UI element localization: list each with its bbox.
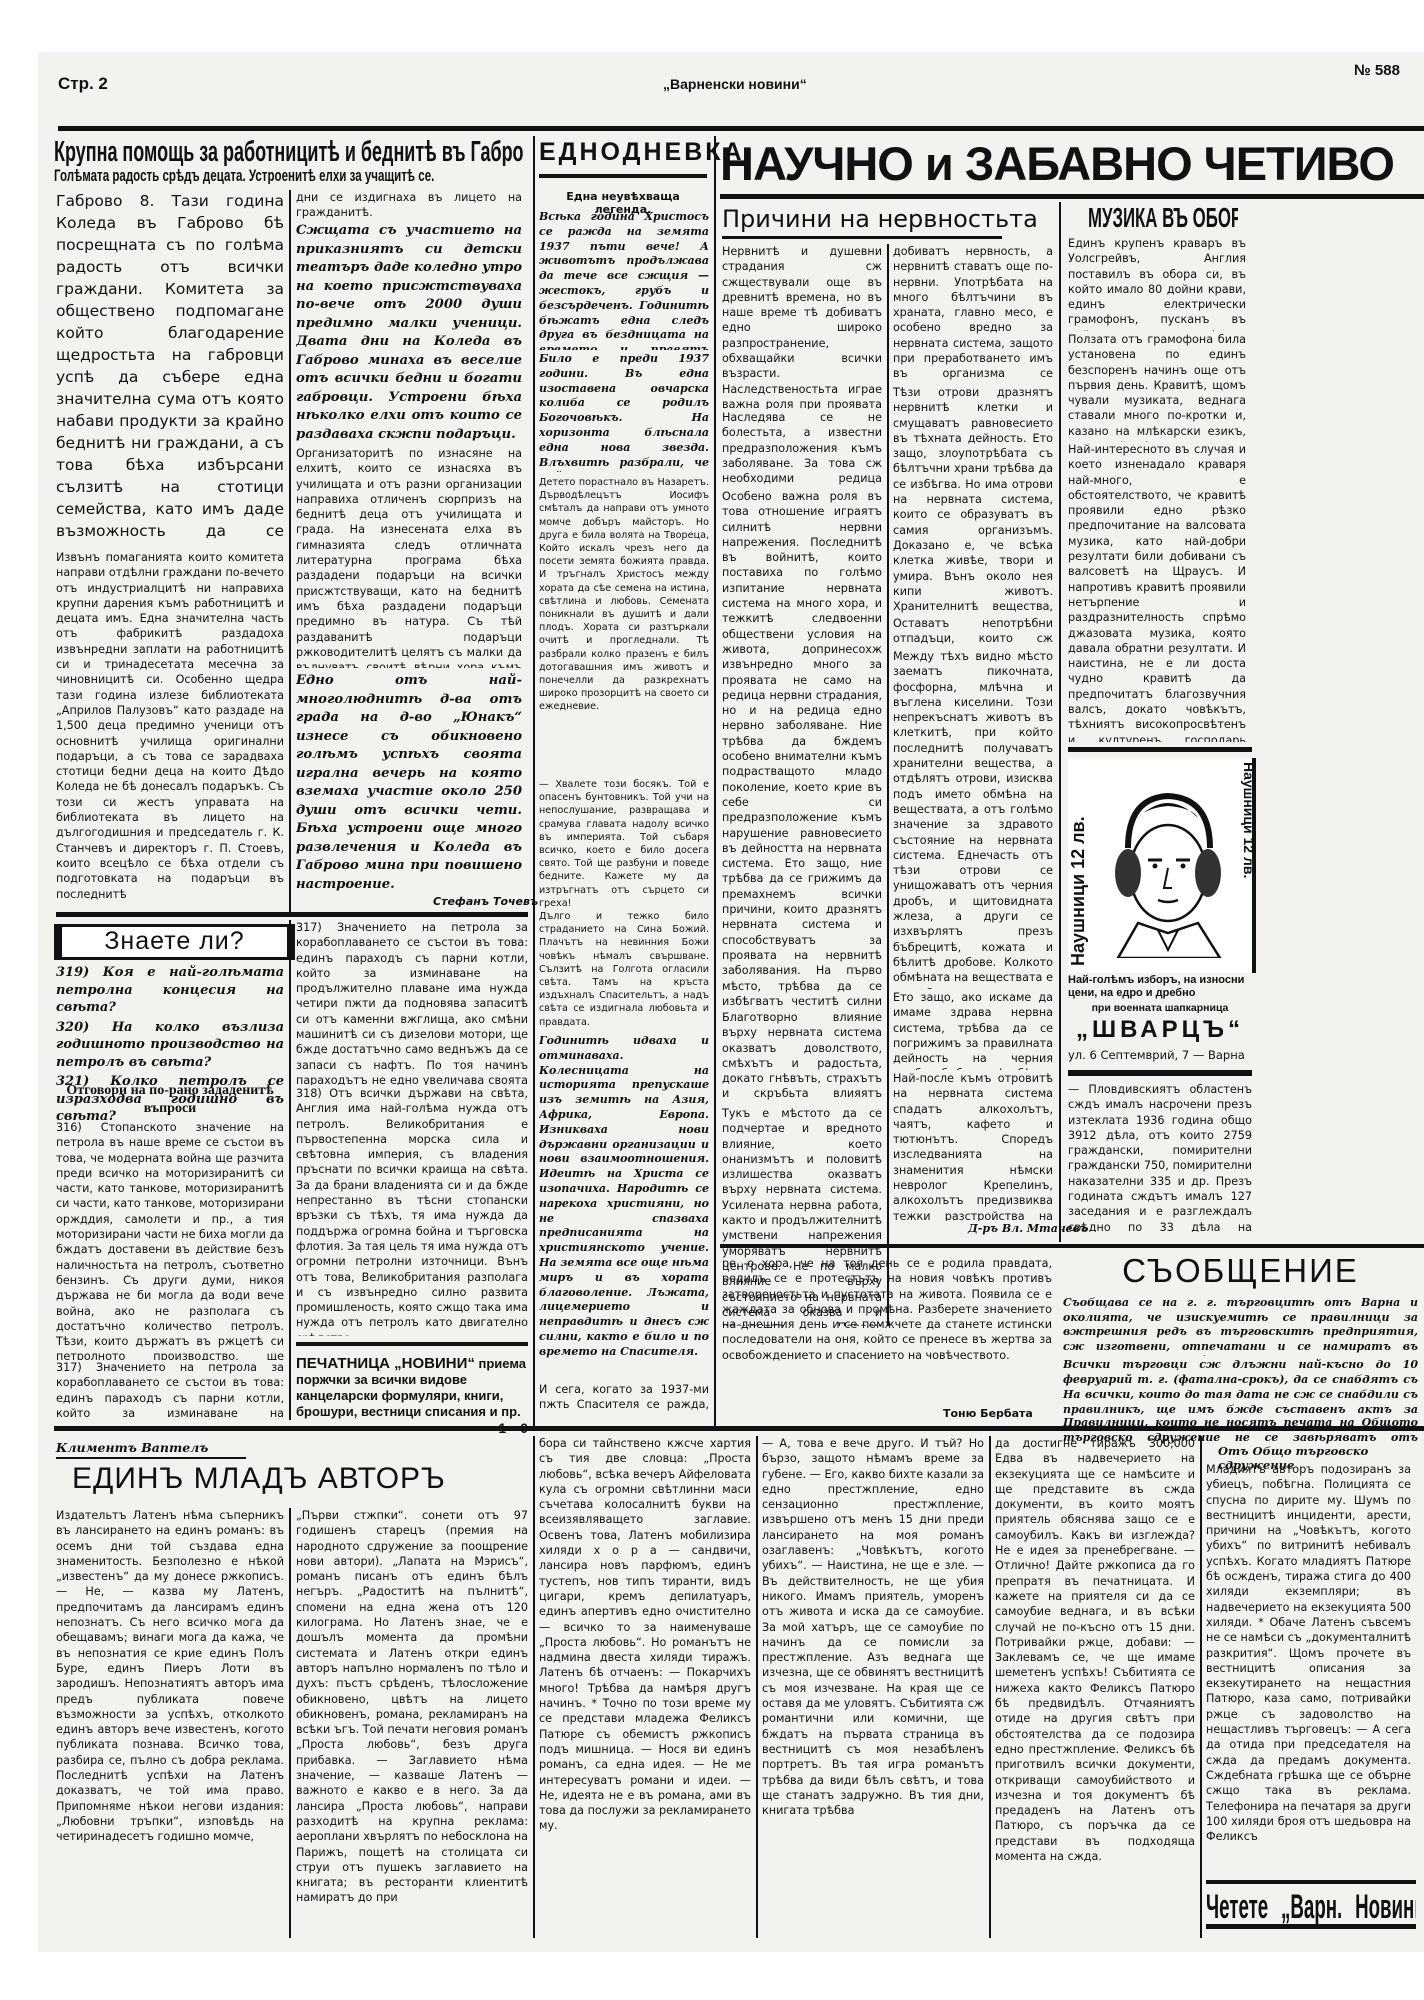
ednodnevka-signature: Тоню Бербата [943, 1407, 1033, 1420]
section-rule [1068, 1070, 1252, 1076]
newspaper-page: Стр. 2 „Варненски новини“ № 588 Крупна п… [38, 52, 1424, 1952]
column-divider [289, 1508, 291, 1938]
ednodnevka-italic-lead2: Било е преди 1937 години. Въ една изоста… [539, 352, 709, 472]
ednodnevka-italic-lead: Всѣка година Христосъ се ражда на земята… [539, 210, 709, 350]
headphones-ad-shop: при военната шапкарница [1068, 1002, 1252, 1014]
ednodnevka-closing-line: И сега, когато за 1937-ми пжть Спасителя… [539, 1382, 709, 1414]
section-rule [296, 1342, 528, 1346]
ednodnevka-continuation: ре, о хора, че на тоя день се е родила п… [722, 1256, 1052, 1406]
nervousness-col2-p3: Оставатъ непотрѣбни отпадъци, които сж о… [893, 616, 1053, 648]
answer-317: 317) Значението на петрола за корабоплав… [56, 1360, 284, 1420]
column-divider [756, 1436, 758, 1938]
column-divider [1200, 1436, 1202, 1938]
ednodnevka-body: Детето порастнало въ Назаретъ. Дърводѣле… [539, 476, 709, 776]
young-author-col5: да достигне тиражъ 300,000 Едва въ надве… [995, 1436, 1195, 1938]
music-title: МУЗИКА ВЪ ОБОРЪ [1088, 202, 1178, 232]
nervousness-title: Причини на нервностьта [722, 205, 1038, 233]
column-divider [289, 190, 291, 912]
printing-ad: ПЕЧАТНИЦА „НОВИНИ“ приема поржчки за вси… [296, 1356, 528, 1436]
section-rule [720, 1244, 1424, 1248]
znaete-li-title: Знаете ли? [104, 927, 244, 955]
gabrovo-body-col1: Извънъ помаганията които комитета направ… [56, 550, 284, 912]
column-divider [714, 136, 716, 1426]
answer-317-continued: 317) Значението на петрола за корабоплав… [296, 920, 528, 1085]
headphones-ad: Наушници 12 лв. Наушници 12 лв. [1068, 758, 1256, 973]
ednodnevka-body2: Дълго и тежко било страданието на Сина Б… [539, 910, 709, 1030]
gabrovo-title-wrap: Крупна помощь за работницитѣ и беднитѣ в… [54, 136, 524, 166]
plovdiv-news: — Пловдивскиятъ областенъ сждъ ималъ нас… [1068, 1082, 1252, 1232]
announcement-p1: Съобщава се на г. г. търговцитѣ отъ Варн… [1063, 1296, 1418, 1356]
music-p2: Ползата отъ грамофона била установена по… [1068, 332, 1246, 442]
section-rule [539, 174, 707, 178]
section-rule [1068, 747, 1252, 752]
gabrovo-col2-body: Организаторитѣ по изнасяне на елхитѣ, ко… [296, 446, 522, 668]
gabrovo-title: Крупна помощь за работницитѣ и беднитѣ в… [54, 136, 345, 166]
ednodnevka-italic-close: Годинитѣ идваха и отминаваха. Колесницат… [539, 1034, 709, 1374]
section-rule [1206, 1924, 1416, 1929]
nervousness-col2-p1: добиватъ нервность, а нервнитѣ ставатъ о… [893, 244, 1053, 384]
headphones-price-left: Наушници 12 лв. [1068, 816, 1089, 966]
gabrovo-lead: Габрово 8. Тази година Коледа въ Габрово… [56, 190, 284, 545]
young-author-col1: Издательтъ Латенъ нѣма съперникъ въ ланс… [56, 1508, 284, 1938]
headphones-ad-text: Най-голѣмъ изборъ, на износни цени, на е… [1068, 974, 1252, 1000]
headphones-price-right: Наушници 12 лв. [1241, 762, 1257, 878]
young-author-col2: „Първи стжпки“. сонети отъ 97 годишенъ с… [296, 1508, 528, 1938]
man-with-headphones-illustration [1098, 778, 1238, 958]
music-p3: Най-интересното въ случая и което изнена… [1068, 442, 1246, 742]
gabrovo-col2-top: дни се издигнаха въ лицето на гражданитѣ… [296, 190, 522, 220]
young-author-byline: Климентъ Ваптелъ [56, 1440, 246, 1459]
gabrovo-subtitle-wrap: Голѣмата радость срѣдъ децата. Устроенит… [54, 166, 544, 184]
announcement-p3: На всички, които до тая дата не сж се сн… [1063, 1388, 1418, 1416]
section-rule [54, 1426, 1424, 1431]
nervousness-col2-p6: Най-после къмъ отровитѣ на нервната сист… [893, 1071, 1053, 1221]
question-item: 320) На колко възлиза годишното производ… [56, 1019, 284, 1072]
headphones-ad-brand: „ШВАРЦЪ“ [1068, 1016, 1252, 1044]
nervousness-p2: Наследява се не болестьта, а известни пр… [722, 410, 882, 488]
gabrovo-subtitle: Голѣмата радость срѣдъ децата. Устроенит… [54, 166, 387, 184]
nervousness-p3: Особено важна роля въ това отношение игр… [722, 489, 882, 1009]
question-item: 319) Коя е най-голѣмата петролна концеси… [56, 964, 284, 1017]
footer-ad-text: Четете „Варн. Новини“ [1206, 1888, 1322, 1924]
column-divider [533, 1436, 535, 1938]
column-divider [289, 920, 291, 1420]
nervousness-col2-p5: Ето защо, ако искаме да имаме здрава нер… [893, 990, 1053, 1070]
nervousness-p1: Нервнитѣ и душевни страдания сж сжществу… [722, 244, 882, 409]
section-rule [1206, 1880, 1416, 1884]
nervousness-col2-p4: Между тѣхъ видно мѣсто заематъ пикочната… [893, 649, 1053, 989]
znaete-li-box: Знаете ли? [54, 924, 295, 960]
announcement-p2: Всички търговци сж длъжни най-късно до 1… [1063, 1358, 1418, 1388]
footer-ad: Четете „Варн. Новини“ [1206, 1888, 1416, 1924]
header-rule [58, 126, 1424, 131]
nervousness-p4: Благотворно влияние върху нервната систе… [722, 1010, 882, 1105]
column-divider [533, 136, 535, 1426]
nervousness-col2-p2: Тѣзи отрови дразнятъ нервнитѣ клетки и с… [893, 385, 1053, 615]
answers-title: Отговори на по-рано зададенитѣ въпроси [56, 1082, 284, 1118]
young-author-col4: — А, това е вече друго. И тъй? Но бързо,… [762, 1436, 984, 1938]
column-divider [887, 244, 889, 1326]
young-author-col6: Младиятъ авторъ подозиранъ за убиецъ, по… [1206, 1462, 1411, 1867]
headphones-ad-address: ул. 6 Септемврий, 7 — Варна [1068, 1048, 1252, 1062]
page-label: Стр. 2 [58, 74, 108, 94]
answer-318: 318) Отъ всички държави на свѣта, Англия… [296, 1086, 528, 1336]
ednodnevka-quote: — Хвалете този босякъ. Той е опасенъ бун… [539, 778, 709, 908]
column-divider [1059, 202, 1061, 1242]
newspaper-name: „Варненски новини“ [663, 76, 807, 92]
announcement-title: СЪОБЩЕНИЕ [1063, 1252, 1418, 1290]
column-divider [989, 1436, 991, 1938]
music-p1: Единъ крупенъ краваръ въ Уолсгрейвъ, Анг… [1068, 236, 1246, 331]
gabrovo-col2-italic2: Едно отъ най-многолюднитѣ д-ва отъ града… [296, 672, 522, 894]
gabrovo-col2-italic: Сжщата съ участието на приказниятъ си де… [296, 222, 522, 444]
issue-number: № 588 [1354, 62, 1400, 79]
gabrovo-signature: Стефанъ Точевъ [433, 895, 538, 908]
printing-ad-title: ПЕЧАТНИЦА „НОВИНИ“ [296, 1355, 475, 1372]
science-section-masthead: НАУЧНО и ЗАБАВНО ЧЕТИВО [720, 134, 1424, 199]
young-author-col3: бора си тайнствено кжсче хартия съ тия д… [539, 1436, 751, 1938]
young-author-title: ЕДИНЪ МЛАДЪ АВТОРЪ [72, 1462, 446, 1496]
title-underline [722, 236, 1002, 239]
section-rule [56, 912, 528, 917]
music-title-wrap: МУЗИКА ВЪ ОБОРЪ [1068, 202, 1238, 232]
